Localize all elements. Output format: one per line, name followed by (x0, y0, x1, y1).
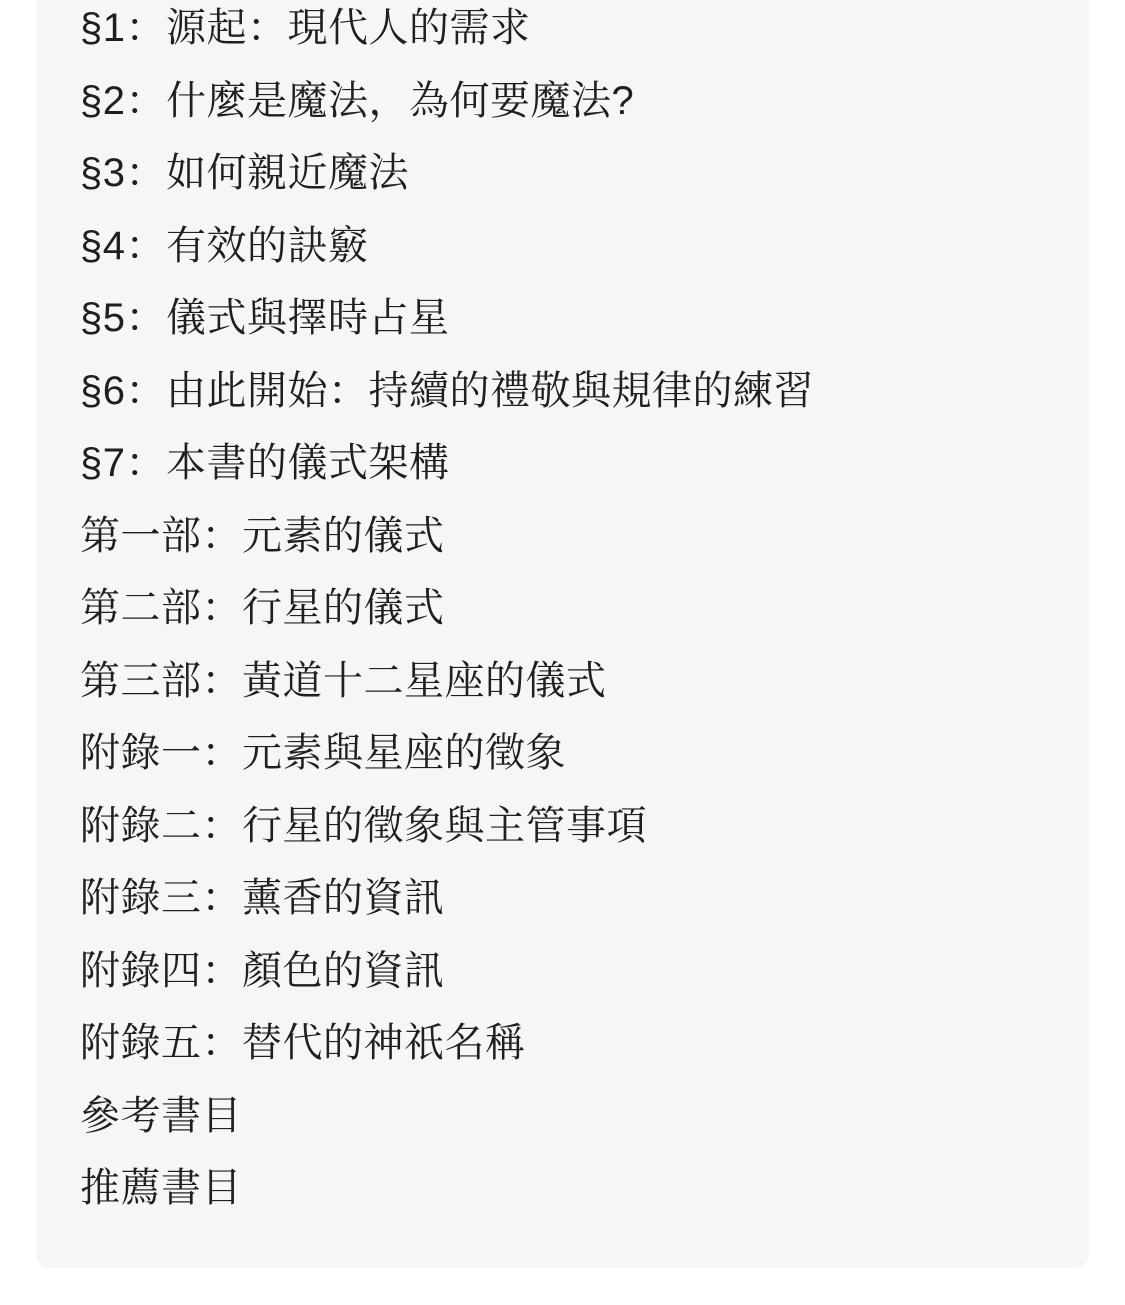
toc-line: §6：由此開始：持續的禮敬與規律的練習 (80, 355, 1049, 428)
toc-line: 第三部：黃道十二星座的儀式 (80, 645, 1049, 718)
toc-line: 第一部：元素的儀式 (80, 500, 1049, 573)
toc-line: §5：儀式與擇時占星 (80, 282, 1049, 355)
ebook-page: §1：源起：現代人的需求§2：什麼是魔法，為何要魔法?§3：如何親近魔法§4：有… (0, 0, 1125, 1305)
toc-line: §2：什麼是魔法，為何要魔法? (80, 65, 1049, 138)
toc-line: §1：源起：現代人的需求 (80, 0, 1049, 65)
toc-line: 附錄三：薰香的資訊 (80, 862, 1049, 935)
toc-line: 附錄五：替代的神祇名稱 (80, 1007, 1049, 1080)
toc-line: 參考書目 (80, 1080, 1049, 1153)
toc-line: §7：本書的儀式架構 (80, 427, 1049, 500)
toc-line: 附錄二：行星的徵象與主管事項 (80, 790, 1049, 863)
toc-line: 附錄一：元素與星座的徵象 (80, 717, 1049, 790)
toc-line: 推薦書目 (80, 1152, 1049, 1225)
toc-line: §3：如何親近魔法 (80, 137, 1049, 210)
toc-line: 附錄四：顏色的資訊 (80, 935, 1049, 1008)
toc-line: §4：有效的訣竅 (80, 210, 1049, 283)
toc-list: §1：源起：現代人的需求§2：什麼是魔法，為何要魔法?§3：如何親近魔法§4：有… (80, 0, 1049, 1225)
toc-line: 第二部：行星的儀式 (80, 572, 1049, 645)
toc-content-card[interactable]: §1：源起：現代人的需求§2：什麼是魔法，為何要魔法?§3：如何親近魔法§4：有… (36, 0, 1089, 1268)
